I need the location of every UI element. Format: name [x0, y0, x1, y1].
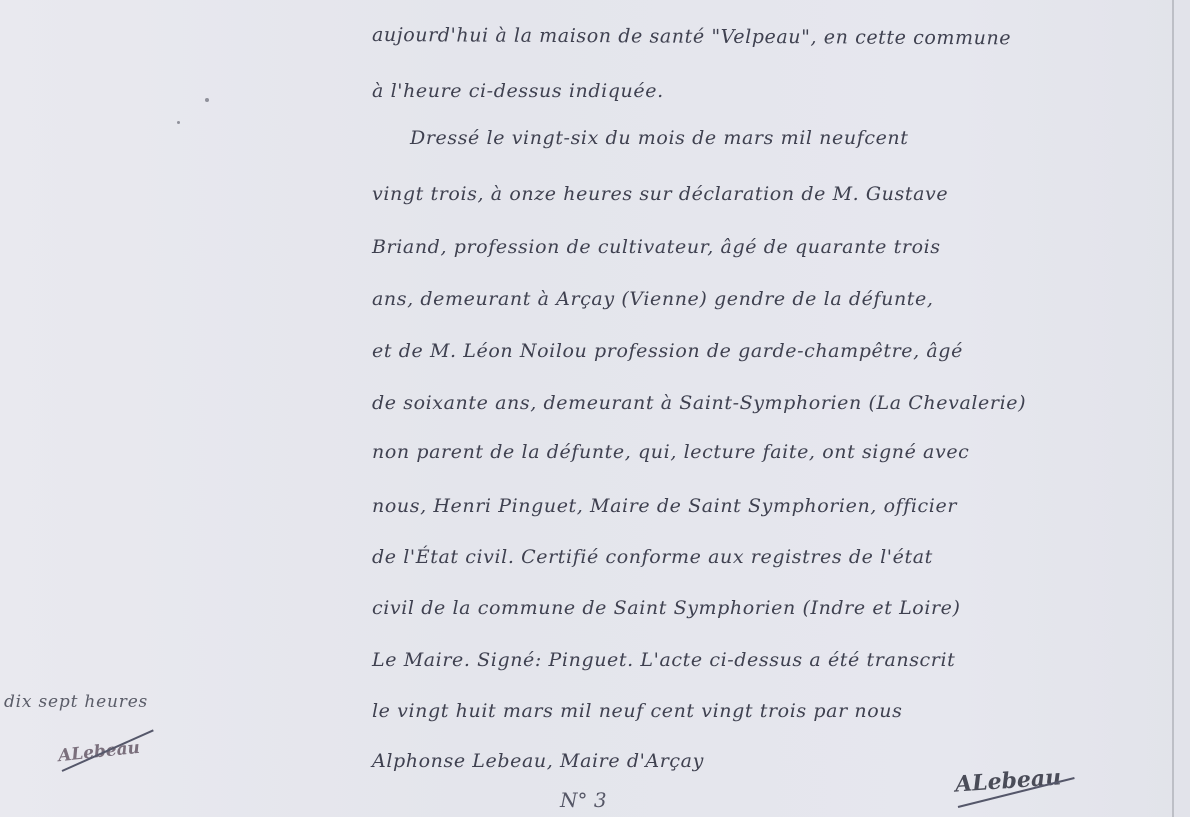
ink-speck: [177, 121, 180, 124]
text-line-10: nous, Henri Pinguet, Maire de Saint Symp…: [372, 495, 957, 517]
text-line-8: de soixante ans, demeurant à Saint-Symph…: [372, 392, 1026, 414]
margin-rule: [1172, 0, 1174, 817]
text-line-5: Briand, profession de cultivateur, âgé d…: [372, 236, 941, 258]
text-line-13: Le Maire. Signé: Pinguet. L'acte ci-dess…: [372, 649, 955, 671]
text-line-2: à l'heure ci-dessus indiquée.: [372, 80, 664, 102]
text-line-9: non parent de la défunte, qui, lecture f…: [372, 441, 969, 463]
text-line-7: et de M. Léon Noilou profession de garde…: [372, 340, 963, 362]
page-number: N° 3: [560, 788, 607, 812]
ink-speck: [205, 98, 209, 102]
margin-note: dix sept heures: [4, 692, 148, 712]
text-line-11: de l'État civil. Certifié conforme aux r…: [372, 546, 933, 568]
text-line-1: aujourd'hui à la maison de santé "Velpea…: [372, 24, 1011, 49]
text-line-15: Alphonse Lebeau, Maire d'Arçay: [372, 750, 704, 772]
document-page: aujourd'hui à la maison de santé "Velpea…: [0, 0, 1190, 817]
text-line-12: civil de la commune de Saint Symphorien …: [372, 597, 961, 619]
text-line-6: ans, demeurant à Arçay (Vienne) gendre d…: [372, 288, 934, 310]
text-line-4: vingt trois, à onze heures sur déclarati…: [372, 183, 948, 205]
text-line-14: le vingt huit mars mil neuf cent vingt t…: [372, 700, 902, 722]
text-line-3: Dressé le vingt-six du mois de mars mil …: [410, 127, 909, 149]
